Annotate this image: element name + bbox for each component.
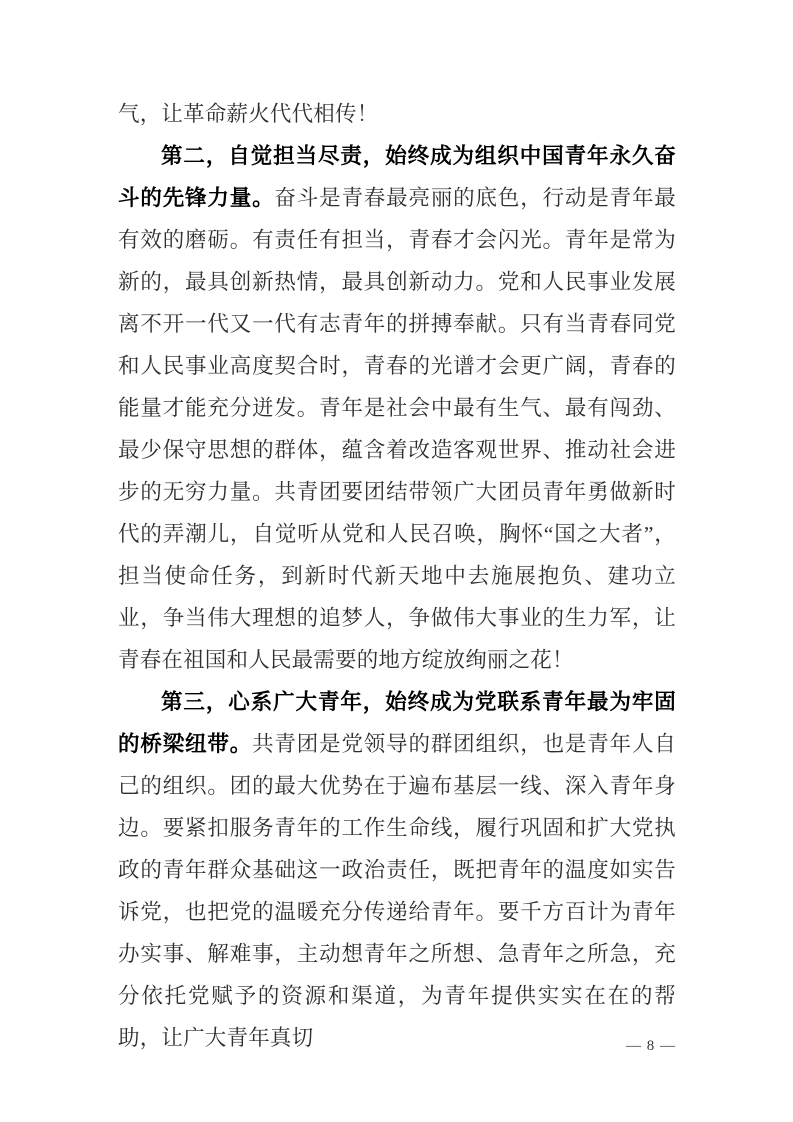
paragraph-text: 共青团是党领导的群团组织，也是青年人自己的组织。团的最大优势在于遍布基层一线、深… bbox=[118, 732, 676, 1050]
paragraph-text: 气，让革命薪火代代相传！ bbox=[118, 102, 378, 126]
document-text-body: 气，让革命薪火代代相传！ 第二，自觉担当尽责，始终成为组织中国青年永久奋斗的先锋… bbox=[118, 93, 676, 1059]
document-page: 气，让革命薪火代代相传！ 第二，自觉担当尽责，始终成为组织中国青年永久奋斗的先锋… bbox=[0, 0, 793, 1122]
paragraph-second-point: 第二，自觉担当尽责，始终成为组织中国青年永久奋斗的先锋力量。奋斗是青春最亮丽的底… bbox=[118, 135, 676, 681]
paragraph-third-point: 第三，心系广大青年，始终成为党联系青年最为牢固的桥梁纽带。共青团是党领导的群团组… bbox=[118, 681, 676, 1059]
paragraph-continuation: 气，让革命薪火代代相传！ bbox=[118, 93, 676, 135]
paragraph-text: 奋斗是青春最亮丽的底色，行动是青年最有效的磨砺。有责任有担当，青春才会闪光。青年… bbox=[118, 186, 676, 672]
page-number: — 8 — bbox=[626, 1038, 676, 1055]
